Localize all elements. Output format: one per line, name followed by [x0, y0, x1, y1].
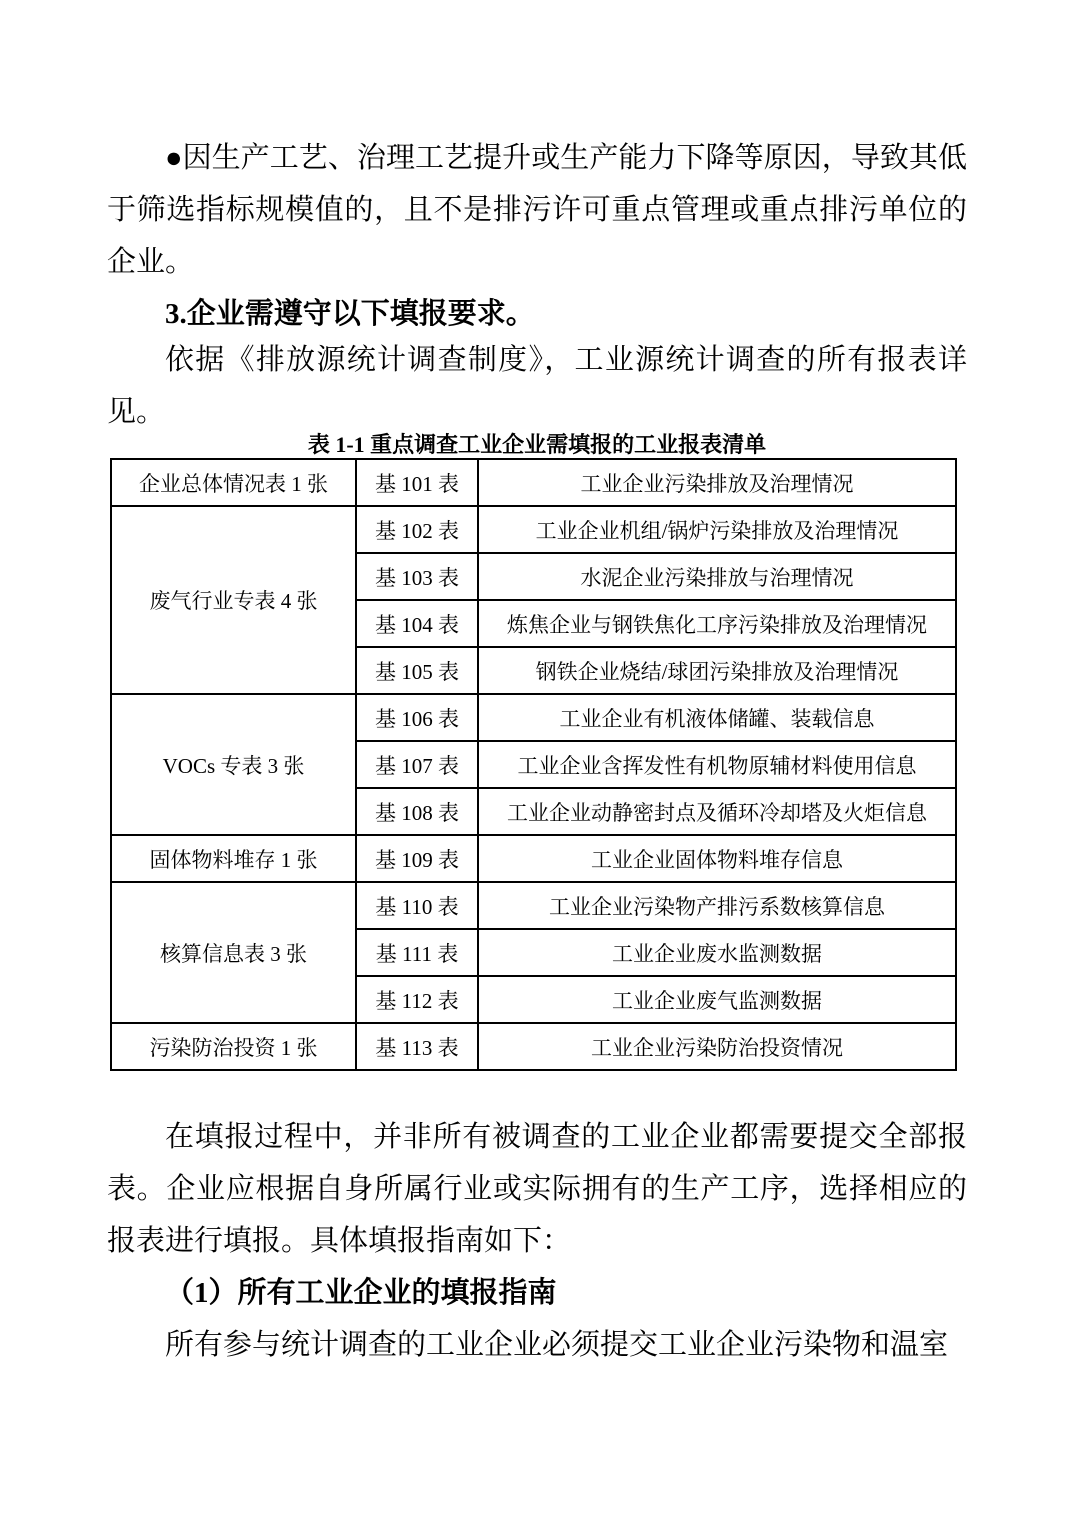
table-form-desc-cell: 工业企业固体物料堆存信息 — [478, 835, 956, 882]
table-form-code-cell: 基 111 表 — [356, 929, 478, 976]
table-category-cell: 污染防治投资 1 张 — [111, 1023, 356, 1070]
table-row: 核算信息表 3 张基 110 表工业企业污染物产排污系数核算信息 — [111, 882, 956, 929]
table-form-code-cell: 基 110 表 — [356, 882, 478, 929]
table-form-code-cell: 基 108 表 — [356, 788, 478, 835]
paragraph-all-enterprises: 所有参与统计调查的工业企业必须提交工业企业污染物和温室 — [107, 1319, 967, 1371]
report-table: 企业总体情况表 1 张基 101 表工业企业污染排放及治理情况废气行业专表 4 … — [110, 458, 957, 1071]
table-form-desc-cell: 工业企业机组/锅炉污染排放及治理情况 — [478, 506, 956, 553]
table-form-code-cell: 基 107 表 — [356, 741, 478, 788]
table-row: 企业总体情况表 1 张基 101 表工业企业污染排放及治理情况 — [111, 459, 956, 506]
table-form-code-cell: 基 103 表 — [356, 553, 478, 600]
table-row: 污染防治投资 1 张基 113 表工业企业污染防治投资情况 — [111, 1023, 956, 1070]
report-table-body: 企业总体情况表 1 张基 101 表工业企业污染排放及治理情况废气行业专表 4 … — [111, 459, 956, 1070]
heading-all-enterprises-guide: （1）所有工业企业的填报指南 — [107, 1267, 967, 1319]
table-form-desc-cell: 工业企业有机液体储罐、装载信息 — [478, 694, 956, 741]
table-form-code-cell: 基 104 表 — [356, 600, 478, 647]
table-category-cell: VOCs 专表 3 张 — [111, 694, 356, 835]
table-form-desc-cell: 工业企业含挥发性有机物原辅材料使用信息 — [478, 741, 956, 788]
table-form-desc-cell: 水泥企业污染排放与治理情况 — [478, 553, 956, 600]
table-form-desc-cell: 工业企业污染排放及治理情况 — [478, 459, 956, 506]
table-form-code-cell: 基 112 表 — [356, 976, 478, 1023]
table-form-desc-cell: 工业企业污染防治投资情况 — [478, 1023, 956, 1070]
table-category-cell: 企业总体情况表 1 张 — [111, 459, 356, 506]
table-form-code-cell: 基 106 表 — [356, 694, 478, 741]
table-form-desc-cell: 工业企业动静密封点及循环冷却塔及火炬信息 — [478, 788, 956, 835]
table-row: 固体物料堆存 1 张基 109 表工业企业固体物料堆存信息 — [111, 835, 956, 882]
table-form-code-cell: 基 113 表 — [356, 1023, 478, 1070]
table-form-desc-cell: 工业企业废水监测数据 — [478, 929, 956, 976]
table-form-desc-cell: 工业企业废气监测数据 — [478, 976, 956, 1023]
paragraph-basis: 依据《排放源统计调查制度》，工业源统计调查的所有报表详见。 — [107, 334, 967, 438]
table-category-cell: 固体物料堆存 1 张 — [111, 835, 356, 882]
heading-filing-requirements: 3.企业需遵守以下填报要求。 — [107, 288, 967, 340]
table-form-code-cell: 基 101 表 — [356, 459, 478, 506]
table-category-cell: 废气行业专表 4 张 — [111, 506, 356, 694]
table-form-code-cell: 基 109 表 — [356, 835, 478, 882]
paragraph-enterprise-exclusion: ●因生产工艺、治理工艺提升或生产能力下降等原因，导致其低于筛选指标规模值的，且不… — [107, 132, 967, 288]
table-row: VOCs 专表 3 张基 106 表工业企业有机液体储罐、装载信息 — [111, 694, 956, 741]
table-form-code-cell: 基 102 表 — [356, 506, 478, 553]
table-caption: 表 1-1 重点调查工业企业需填报的工业报表清单 — [107, 432, 967, 458]
paragraph-filing-process: 在填报过程中，并非所有被调查的工业企业都需要提交全部报表。企业应根据自身所属行业… — [107, 1111, 967, 1267]
table-form-desc-cell: 工业企业污染物产排污系数核算信息 — [478, 882, 956, 929]
document-page: ●因生产工艺、治理工艺提升或生产能力下降等原因，导致其低于筛选指标规模值的，且不… — [0, 0, 1074, 1520]
table-form-code-cell: 基 105 表 — [356, 647, 478, 694]
table-category-cell: 核算信息表 3 张 — [111, 882, 356, 1023]
table-form-desc-cell: 炼焦企业与钢铁焦化工序污染排放及治理情况 — [478, 600, 956, 647]
table-row: 废气行业专表 4 张基 102 表工业企业机组/锅炉污染排放及治理情况 — [111, 506, 956, 553]
table-form-desc-cell: 钢铁企业烧结/球团污染排放及治理情况 — [478, 647, 956, 694]
